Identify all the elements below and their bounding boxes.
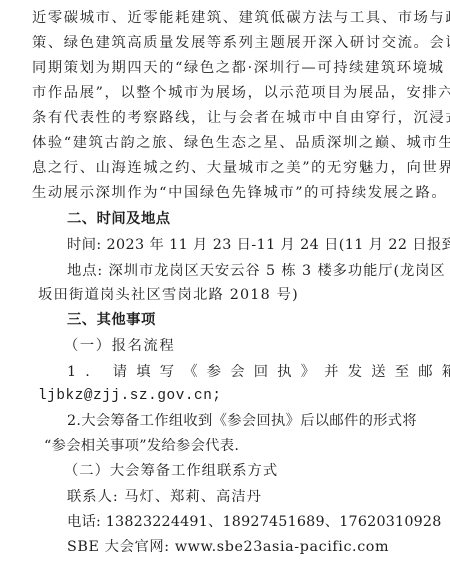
section-heading-time-location: 二、时间及地点 [67,209,171,229]
registration-step-1: 1. 请填写《参会回执》并发送至邮箱 [67,362,450,382]
paragraph-line: 息之行、山海连城之约、大量城市之美”的无穷魅力，向世界 [32,158,450,178]
document-page: 近零碳城市、近零能耗建筑、建筑低碳方法与工具、市场与政 策、绿色建筑高质量发展等… [0,0,450,561]
conference-website[interactable]: SBE 大会官网: www.sbe23asia-pacific.com [67,537,389,557]
contact-phones: 电话: 13823224491、18927451689、17620310928 [67,512,442,532]
contact-persons: 联系人: 马灯、郑莉、高洁丹 [67,487,262,507]
paragraph-line: 生动展示深圳作为“中国绿色先锋城市”的可持续发展之路。 [32,183,447,203]
registration-step-2-line-2: “参会相关事项”发给参会代表. [44,436,239,456]
section-heading-other: 三、其他事项 [67,310,156,330]
paragraph-line: 近零碳城市、近零能耗建筑、建筑低碳方法与工具、市场与政 [32,8,450,28]
paragraph-line: 市作品展”，以整个城市为展场，以示范项目为展品，安排六 [32,83,450,103]
event-location-line-1: 地点: 深圳市龙岗区天安云谷 5 栋 3 楼多功能厅(龙岗区 [67,261,446,281]
registration-step-2-line-1: 2.大会筹备工作组收到《参会回执》后以邮件的形式将 [67,411,417,431]
event-time: 时间: 2023 年 11 月 23 日-11 月 24 日(11 月 22 日… [67,235,450,255]
paragraph-line: 条有代表性的考察路线，让与会者在城市中自由穿行，沉浸式 [32,108,450,128]
subsection-heading-contact: （二）大会筹备工作组联系方式 [64,461,278,481]
registration-email-link[interactable]: ljbkz@zjj.sz.gov.cn; [38,386,222,406]
paragraph-line: 同期策划为期四天的“绿色之都·深圳行—可持续建筑环境城 [32,58,444,78]
paragraph-line: 体验“建筑古韵之旅、绿色生态之星、品质深圳之巅、城市生 [32,133,450,153]
subsection-heading-registration: （一）报名流程 [64,336,175,356]
event-location-line-2: 坂田街道岗头社区雪岗北路 2018 号) [38,285,299,305]
paragraph-line: 策、绿色建筑高质量发展等系列主题展开深入研讨交流。会议 [32,33,450,53]
